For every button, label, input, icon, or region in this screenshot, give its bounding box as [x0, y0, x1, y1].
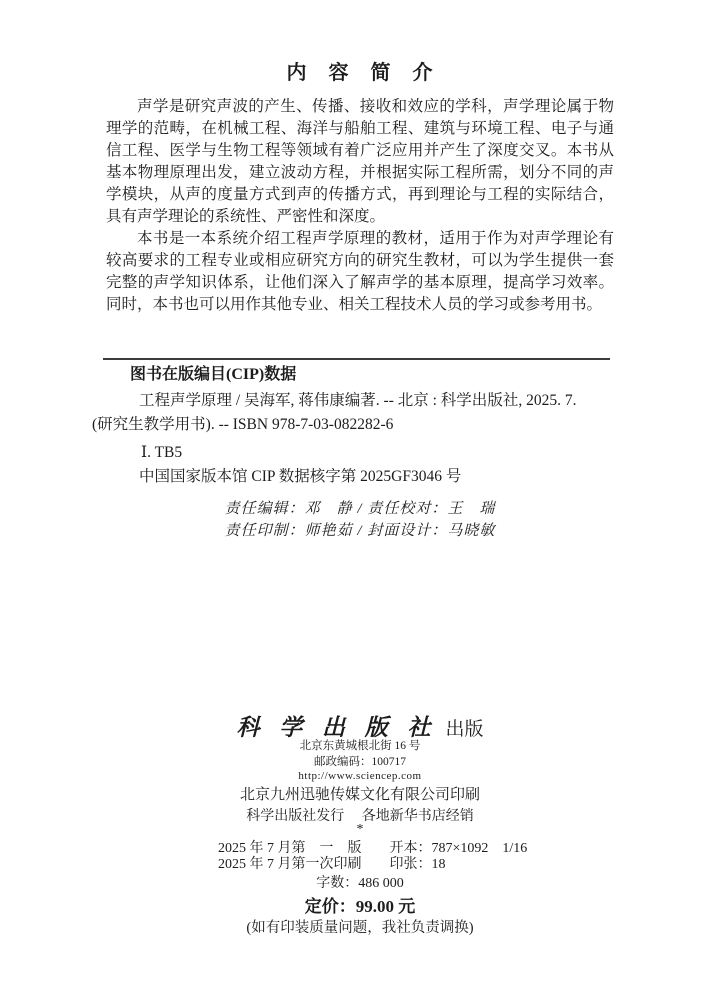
quality-notice-line: (如有印装质量问题，我社负责调换) — [0, 918, 720, 938]
publisher-postcode: 邮政编码：100717 — [0, 756, 720, 769]
intro-p2-line: 同时，本书也可以用作其他专业、相关工程技术人员的学习或参考用书。 — [106, 294, 614, 316]
intro-p1-line: 理学的范畴，在机械工程、海洋与船舶工程、建筑与环境工程、电子与通 — [106, 118, 614, 140]
cip-classification-line: Ⅰ. TB5 — [141, 443, 182, 463]
cip-title-line: 工程声学原理 / 吴海军, 蒋伟康编著. -- 北京 : 科学出版社, 2025… — [139, 391, 576, 411]
cip-isbn-line: (研究生教学用书). -- ISBN 978-7-03-082282-6 — [92, 415, 393, 435]
publisher-logo-suffix: 出版 — [445, 719, 483, 740]
intro-p2-line: 较高要求的工程专业或相应研究方向的研究生教材，可以为学生提供一套 — [106, 250, 614, 272]
book-copyright-page: 内 容 简 介 声学是研究声波的产生、传播、接收和效应的学科，声学理论属于物 理… — [0, 0, 720, 1000]
word-count-line: 字数：486 000 — [0, 876, 720, 892]
printer-line: 北京九州迅驰传媒文化有限公司印刷 — [0, 786, 720, 804]
asterisk-divider: * — [0, 823, 720, 837]
intro-p2-line: 完整的声学知识体系，让他们深入了解声学的基本原理，提高学习效率。 — [106, 272, 614, 294]
intro-p1-line: 具有声学理论的系统性、严密性和深度。 — [106, 206, 614, 228]
intro-p1-line: 基本物理原理出发，建立波动方程，并根据实际工程所需，划分不同的声 — [106, 162, 614, 184]
staff-editors-line: 责任编辑：邓 静 / 责任校对：王 瑞 — [0, 498, 720, 520]
intro-p1-line: 声学是研究声波的产生、传播、接收和效应的学科，声学理论属于物 — [106, 96, 614, 118]
intro-p2-line: 本书是一本系统介绍工程声学原理的教材，适用于作为对声学理论有 — [106, 228, 614, 250]
cip-header: 图书在版编目(CIP)数据 — [130, 365, 296, 385]
intro-section: 声学是研究声波的产生、传播、接收和效应的学科，声学理论属于物 理学的范畴，在机械… — [106, 96, 614, 316]
publisher-logo-text: 科 学 出 版 社 — [236, 715, 437, 740]
publisher-website: http://www.sciencep.com — [0, 770, 720, 783]
publisher-address: 北京东黄城根北街 16 号 — [0, 740, 720, 753]
intro-p1-line: 学模块，从声的度量方式到声的传播方式，再到理论与工程的实际结合， — [106, 184, 614, 206]
page-title: 内 容 简 介 — [0, 59, 720, 87]
price-line: 定价：99.00 元 — [0, 896, 720, 918]
intro-p1-line: 信工程、医学与生物工程等领域有着广泛应用并产生了深度交叉。本书从 — [106, 140, 614, 162]
cip-record-number-line: 中国国家版本馆 CIP 数据核字第 2025GF3046 号 — [139, 467, 461, 487]
horizontal-divider — [103, 358, 610, 360]
printing-line: 2025 年 7 月第一次印刷 印张：18 — [218, 857, 527, 873]
edition-info-block: 2025 年 7 月第 一 版 开本：787×1092 1/16 2025 年 … — [218, 841, 527, 873]
staff-printing-design-line: 责任印制：师艳茹 / 封面设计：马晓敏 — [0, 520, 720, 542]
edition-line: 2025 年 7 月第 一 版 开本：787×1092 1/16 — [218, 841, 527, 857]
